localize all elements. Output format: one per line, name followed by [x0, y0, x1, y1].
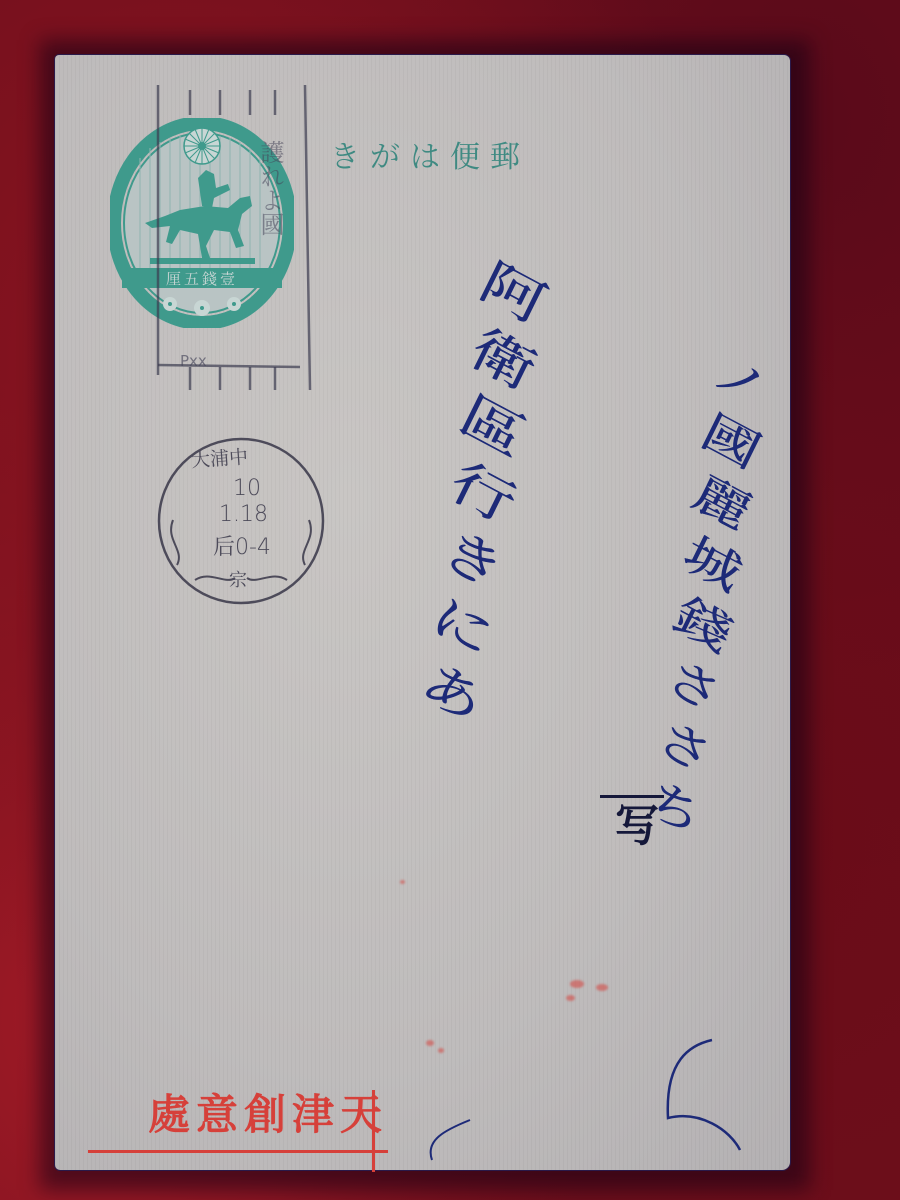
- postmark-year: 10: [233, 476, 261, 501]
- sender-underline: [88, 1150, 388, 1153]
- cancellation-slogan: 護れよ國: [252, 140, 282, 236]
- ink-spot: [400, 880, 405, 884]
- postcard-header: 郵便はがき: [330, 132, 530, 176]
- postmark-datestamp: 中浦大 10 1.18 后0-4 宗: [155, 430, 327, 612]
- ink-spot: [426, 1040, 434, 1046]
- postmark-mark: 宗: [229, 566, 247, 592]
- machine-cancellation: [150, 85, 315, 395]
- ink-spot: [438, 1048, 444, 1053]
- address-note: 写: [600, 795, 664, 846]
- ink-spot: [570, 980, 584, 988]
- sender-imprint: 天津創意處: [88, 1082, 388, 1162]
- cancellation-code: Pxx: [180, 352, 207, 370]
- sender-text: 天津創意處: [88, 1082, 388, 1142]
- sender-vertical-rule: [372, 1090, 375, 1172]
- postmark-date: 1.18: [219, 502, 268, 527]
- header-label: 郵便はがき: [330, 140, 530, 175]
- ink-spot: [566, 995, 575, 1001]
- postmark-office: 中浦大: [190, 442, 249, 473]
- ink-spot: [596, 984, 608, 991]
- postmark-time: 后0-4: [213, 530, 271, 561]
